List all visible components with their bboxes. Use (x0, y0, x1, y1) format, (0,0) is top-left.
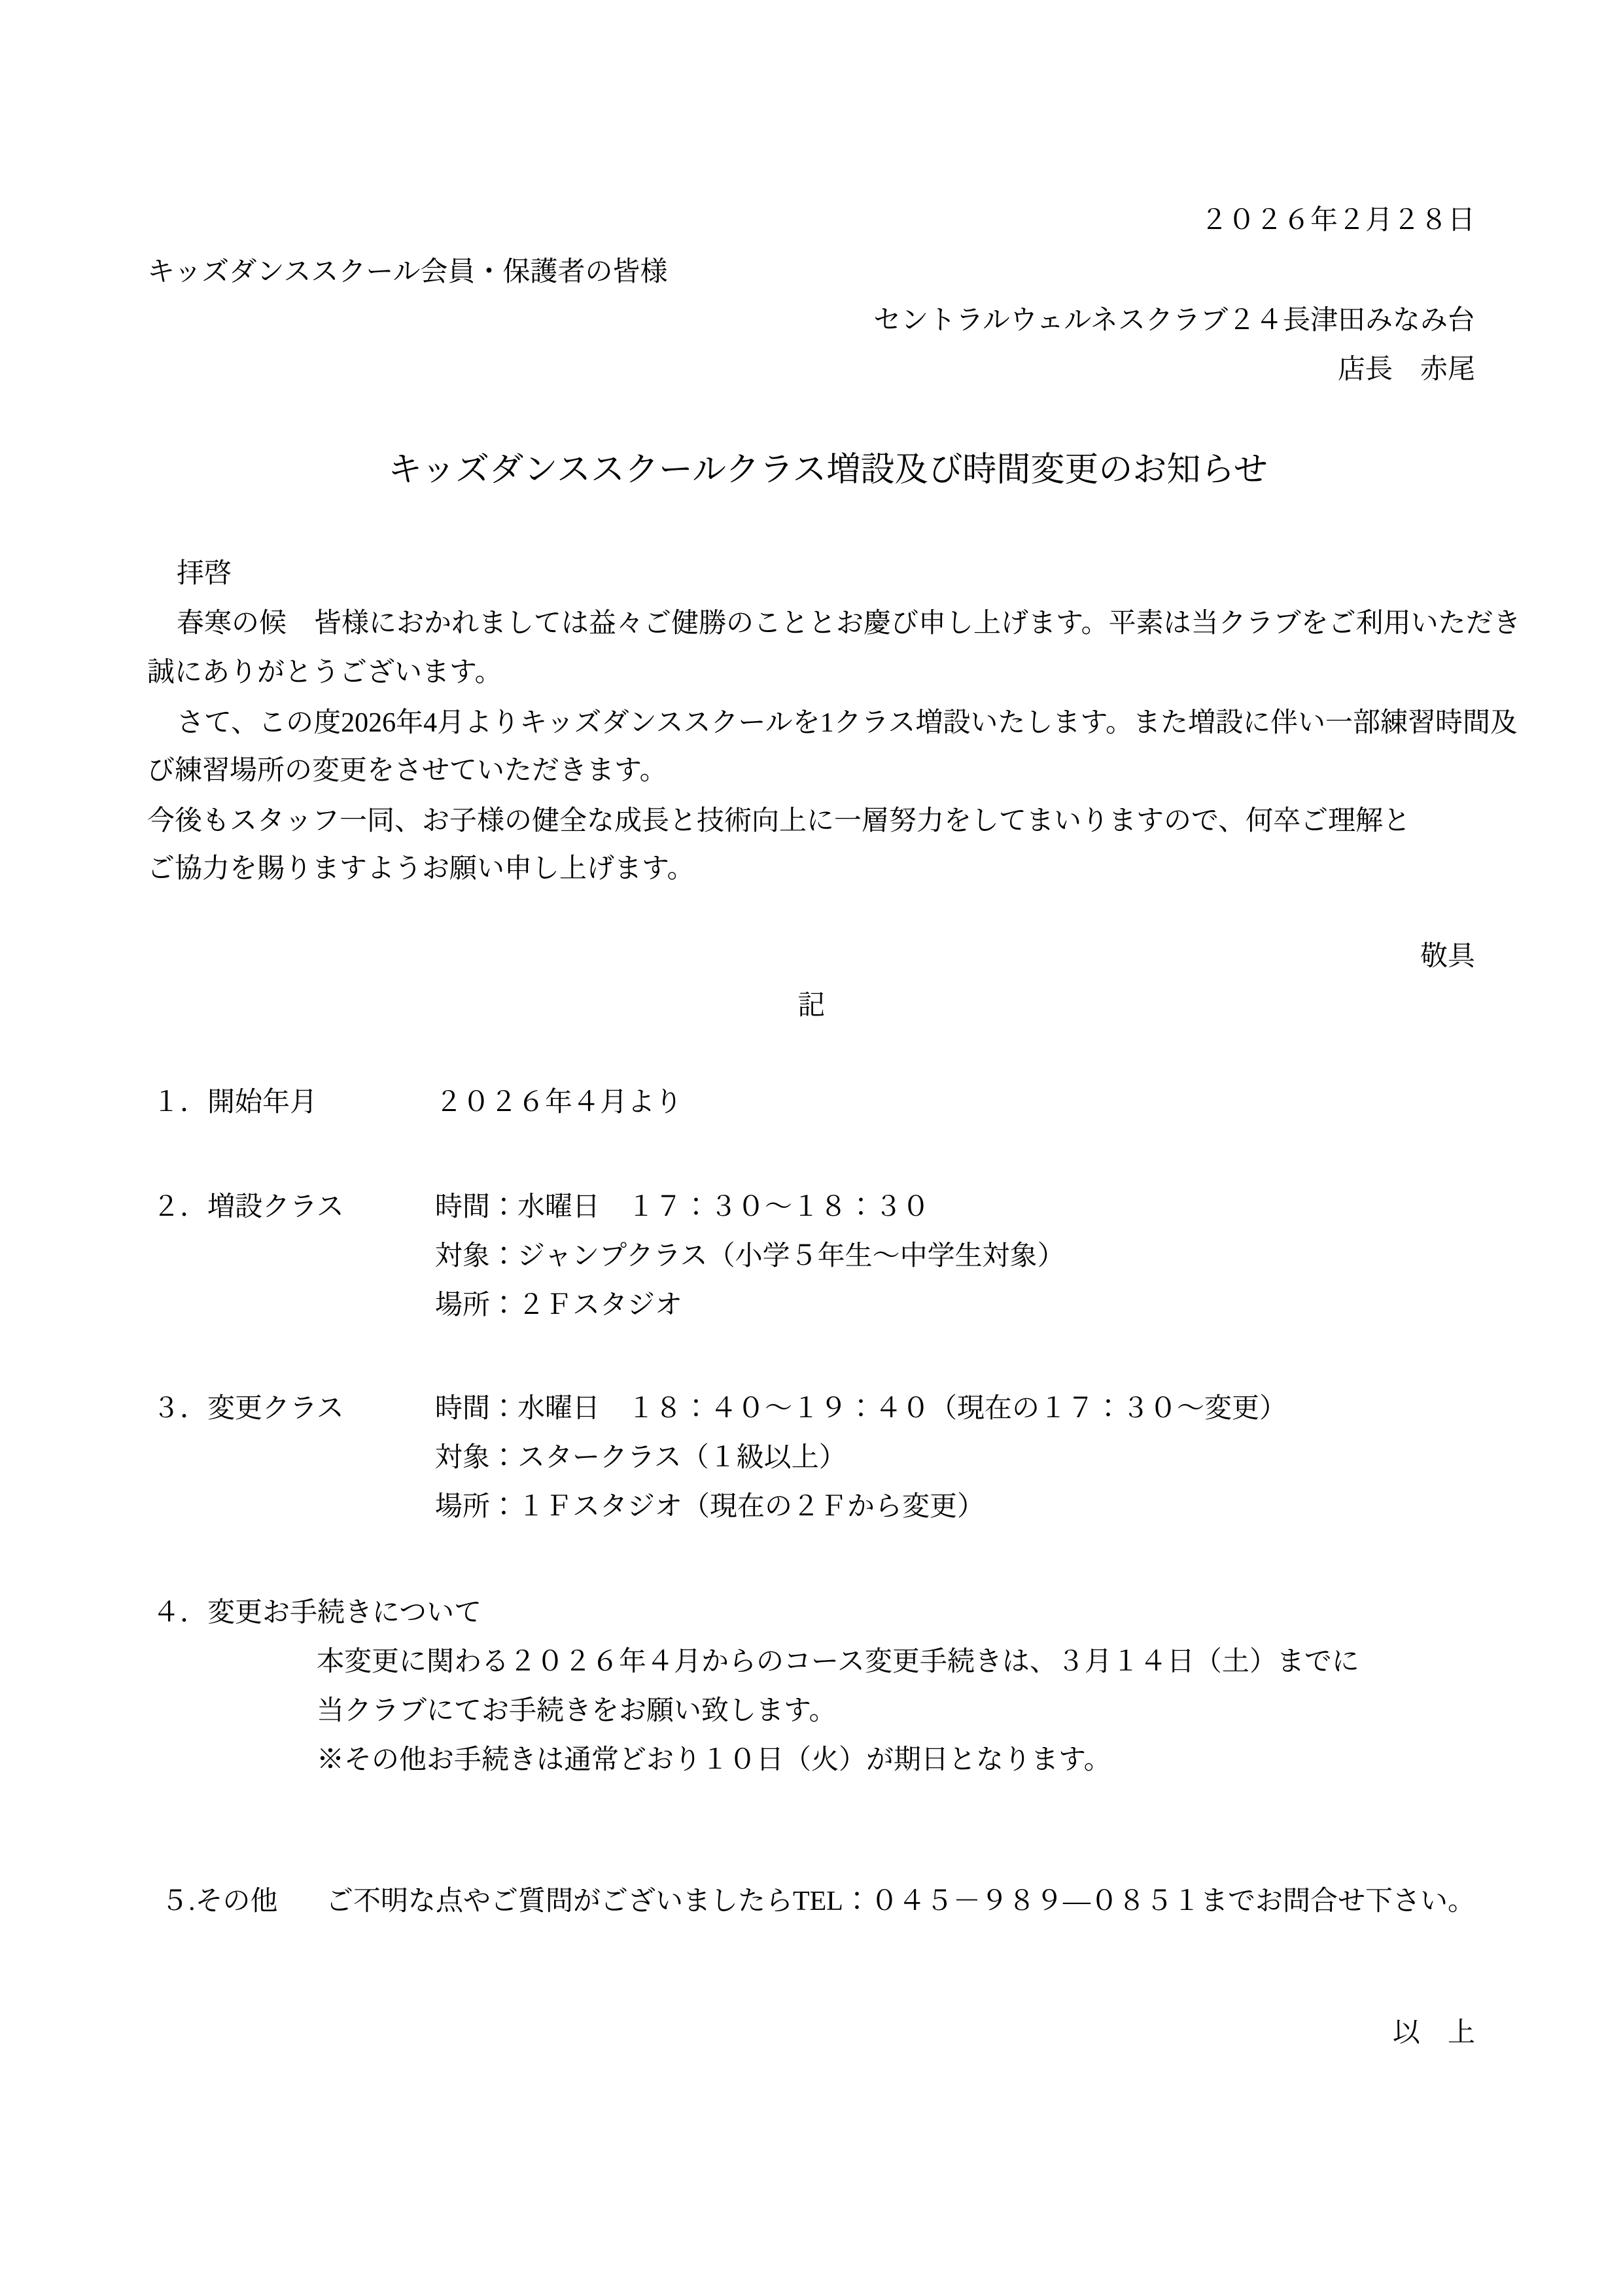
record-marker-ki: 記 (0, 989, 1623, 1022)
salutation-haikei: 拝啓 (177, 557, 232, 590)
sender-organization: セントラルウェルネスクラブ２４長津田みなみ台 (873, 304, 1475, 337)
body-line-2: 誠にありがとうございます。 (147, 656, 502, 689)
item4-line-3: ※その他お手続きは通常どおり１０日（火）が期日となります。 (317, 1744, 1111, 1776)
item5-label: ５.その他 (161, 1885, 278, 1918)
item2-target: 対象：ジャンプクラス（小学５年生～中学生対象） (435, 1240, 1065, 1273)
item2-label: ２．増設クラス (152, 1191, 344, 1224)
body-line-1: 春寒の候 皆様におかれましては益々ご健勝のこととお慶び申し上げます。平素は当クラ… (177, 607, 1521, 640)
end-marker-ijou: 以 上 (1393, 2017, 1475, 2049)
item2-time: 時間：水曜日 １７：３０～１８：３０ (435, 1191, 930, 1224)
letter-date: ２０２６年２月２８日 (1200, 204, 1475, 237)
item3-time: 時間：水曜日 １８：４０～１９：４０（現在の１７：３０～変更） (435, 1392, 1287, 1425)
item2-place: 場所：２Ｆスタジオ (435, 1289, 682, 1322)
item4-label: ４．変更お手続きについて (152, 1597, 481, 1629)
body-line-3: さて、この度2026年4月よりキッズダンススクールを1クラス増設いたします。また… (177, 707, 1518, 739)
item1-label: １．開始年月 (152, 1086, 317, 1119)
item5-text: ご不明な点やご質問がございましたらTEL：０４５－９８９―０８５１までお問合せ下… (326, 1885, 1475, 1918)
item4-line-2: 当クラブにてお手続きをお願い致します。 (317, 1695, 837, 1727)
item1-value: ２０２６年４月より (435, 1086, 682, 1119)
closing-keigu: 敬具 (1420, 940, 1475, 973)
body-line-4: び練習場所の変更をさせていただきます。 (147, 754, 667, 787)
item3-target: 対象：スタークラス（１級以上） (435, 1441, 846, 1474)
letter-page: ２０２６年２月２８日 キッズダンススクール会員・保護者の皆様 セントラルウェルネ… (0, 0, 1623, 2296)
item4-line-1: 本変更に関わる２０２６年４月からのコース変更手続きは、３月１４日（土）までに (317, 1646, 1359, 1678)
item3-label: ３．変更クラス (152, 1392, 344, 1425)
sender-person: 店長 赤尾 (1338, 353, 1475, 386)
document-title: キッズダンススクールクラス増設及び時間変更のお知らせ (16, 450, 1623, 491)
recipient-line: キッズダンススクール会員・保護者の皆様 (147, 256, 667, 289)
body-line-5: 今後もスタッフ一同、お子様の健全な成長と技術向上に一層努力をしてまいりますので、… (147, 805, 1410, 838)
item3-place: 場所：１Ｆスタジオ（現在の２Ｆから変更） (435, 1491, 985, 1523)
body-line-6: ご協力を賜りますようお願い申し上げます。 (147, 853, 695, 885)
